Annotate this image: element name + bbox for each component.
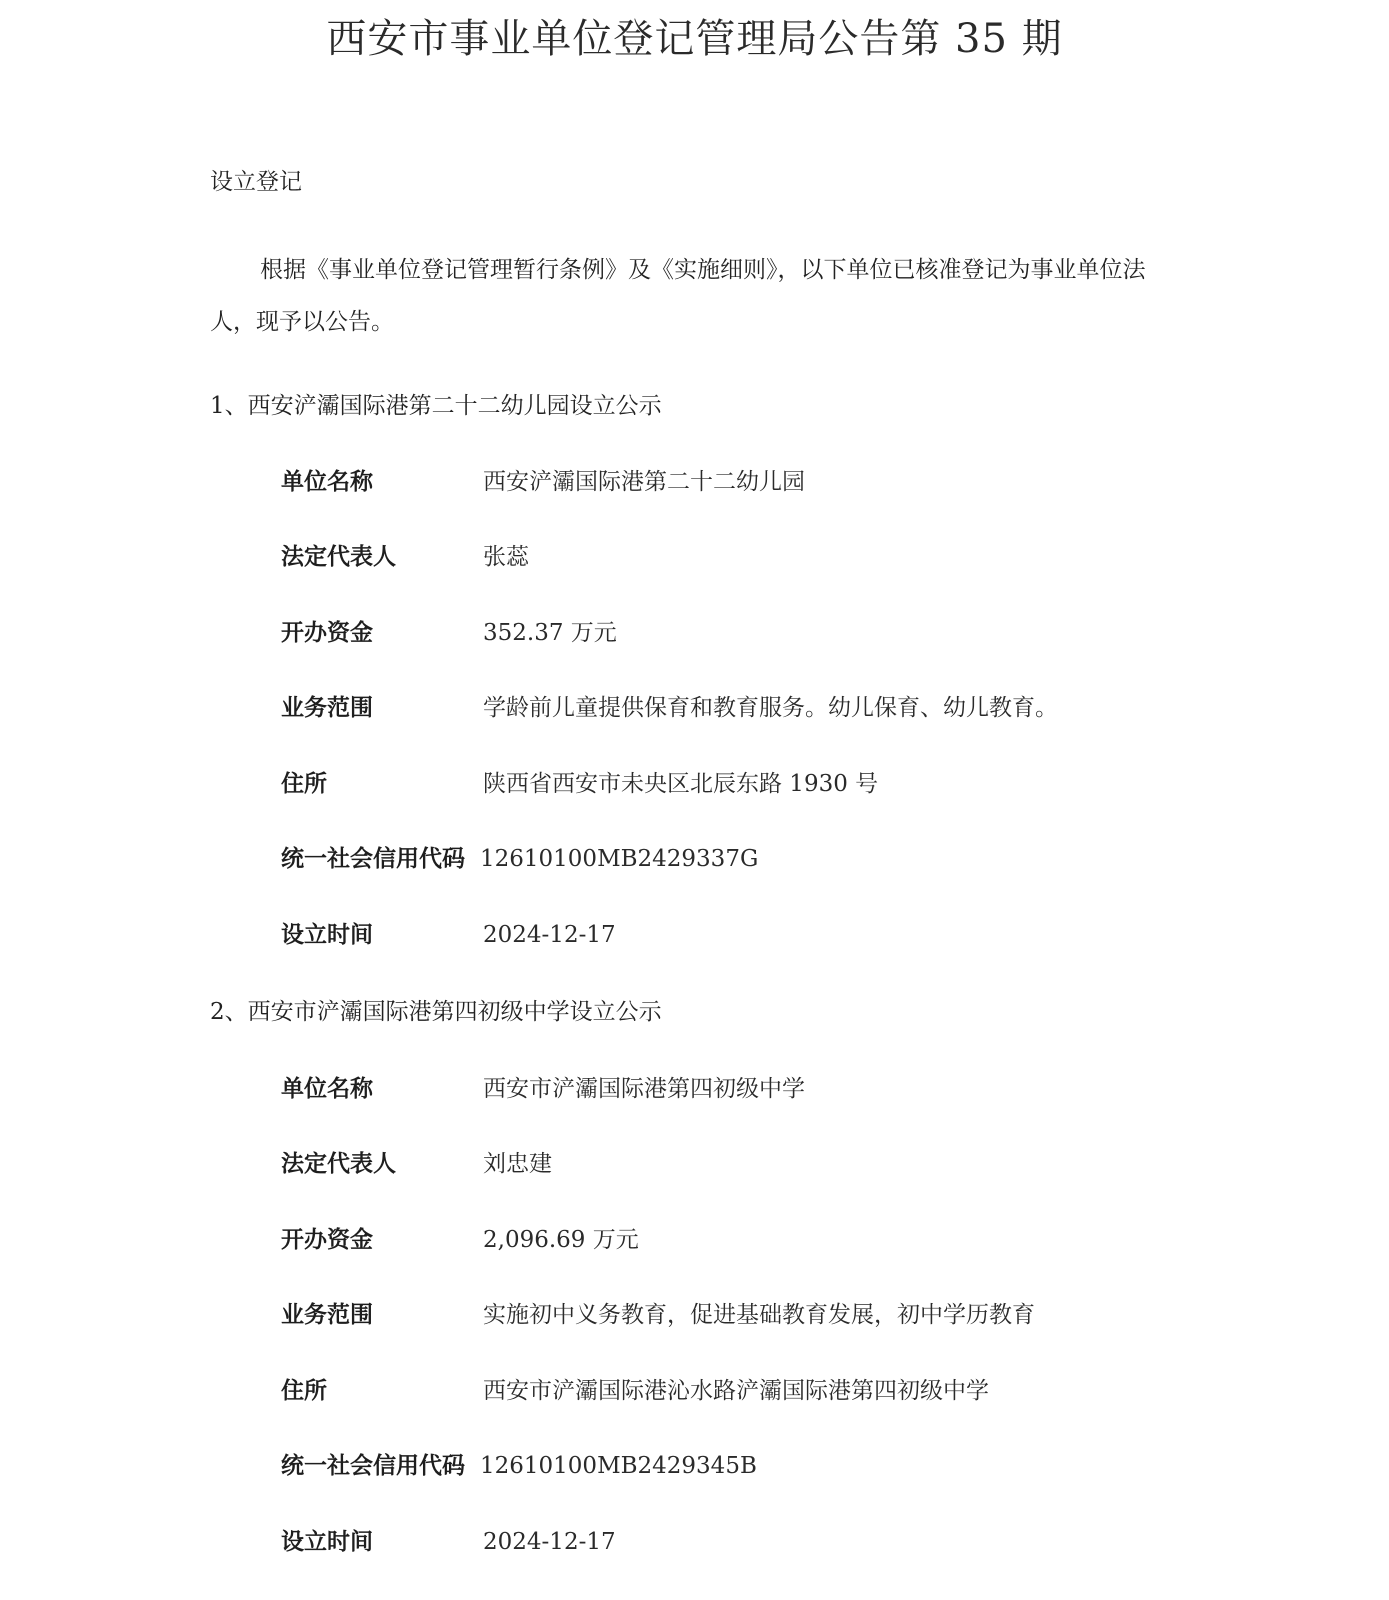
field-value: 陕西省西安市未央区北辰东路 1930 号 <box>483 768 878 800</box>
field-value: 学龄前儿童提供保育和教育服务。幼儿保育、幼儿教育。 <box>483 692 1058 724</box>
field-label: 单位名称 <box>281 1073 373 1105</box>
field-label: 住所 <box>281 768 327 800</box>
field-label: 住所 <box>281 1375 327 1407</box>
field-value: 2024-12-17 <box>483 1526 616 1558</box>
entry-heading: 1、西安浐灞国际港第二十二幼儿园设立公示 <box>210 390 662 422</box>
section-heading: 设立登记 <box>210 166 302 198</box>
field-value: 西安浐灞国际港第二十二幼儿园 <box>483 466 805 498</box>
field-funding: 开办资金 2,096.69 万元 <box>281 1224 1181 1258</box>
field-address: 住所 陕西省西安市未央区北辰东路 1930 号 <box>281 768 1181 802</box>
field-label: 统一社会信用代码 <box>281 843 465 875</box>
field-credit-code: 统一社会信用代码 12610100MB2429337G <box>281 843 1181 877</box>
field-value: 352.37 万元 <box>483 617 617 649</box>
field-label: 单位名称 <box>281 466 373 498</box>
field-value: 12610100MB2429337G <box>480 843 758 875</box>
field-funding: 开办资金 352.37 万元 <box>281 617 1181 651</box>
field-unit-name: 单位名称 西安浐灞国际港第二十二幼儿园 <box>281 466 1181 500</box>
field-value: 张蕊 <box>483 541 529 573</box>
field-label: 统一社会信用代码 <box>281 1450 465 1482</box>
field-label: 业务范围 <box>281 1299 373 1331</box>
field-label: 设立时间 <box>281 919 373 951</box>
field-value: 12610100MB2429345B <box>480 1450 757 1482</box>
field-credit-code: 统一社会信用代码 12610100MB2429345B <box>281 1450 1181 1484</box>
field-business-scope: 业务范围 学龄前儿童提供保育和教育服务。幼儿保育、幼儿教育。 <box>281 692 1181 726</box>
field-established-date: 设立时间 2024-12-17 <box>281 919 1181 953</box>
field-legal-representative: 法定代表人 张蕊 <box>281 541 1181 575</box>
page-title: 西安市事业单位登记管理局公告第 35 期 <box>0 12 1389 66</box>
field-established-date: 设立时间 2024-12-17 <box>281 1526 1181 1560</box>
field-value: 2024-12-17 <box>483 919 616 951</box>
entry-heading: 2、西安市浐灞国际港第四初级中学设立公示 <box>210 996 662 1028</box>
field-label: 开办资金 <box>281 1224 373 1256</box>
field-business-scope: 业务范围 实施初中义务教育，促进基础教育发展，初中学历教育 <box>281 1299 1181 1333</box>
field-value: 西安市浐灞国际港第四初级中学 <box>483 1073 805 1105</box>
field-value: 刘忠建 <box>483 1148 552 1180</box>
field-label: 开办资金 <box>281 617 373 649</box>
field-unit-name: 单位名称 西安市浐灞国际港第四初级中学 <box>281 1073 1181 1107</box>
field-label: 法定代表人 <box>281 541 396 573</box>
field-label: 业务范围 <box>281 692 373 724</box>
field-address: 住所 西安市浐灞国际港沁水路浐灞国际港第四初级中学 <box>281 1375 1181 1409</box>
field-value: 2,096.69 万元 <box>483 1224 639 1256</box>
field-label: 设立时间 <box>281 1526 373 1558</box>
intro-paragraph: 根据《事业单位登记管理暂行条例》及《实施细则》，以下单位已核准登记为事业单位法人… <box>210 244 1170 348</box>
field-label: 法定代表人 <box>281 1148 396 1180</box>
field-value: 实施初中义务教育，促进基础教育发展，初中学历教育 <box>483 1299 1035 1331</box>
field-legal-representative: 法定代表人 刘忠建 <box>281 1148 1181 1182</box>
field-value: 西安市浐灞国际港沁水路浐灞国际港第四初级中学 <box>483 1375 989 1407</box>
